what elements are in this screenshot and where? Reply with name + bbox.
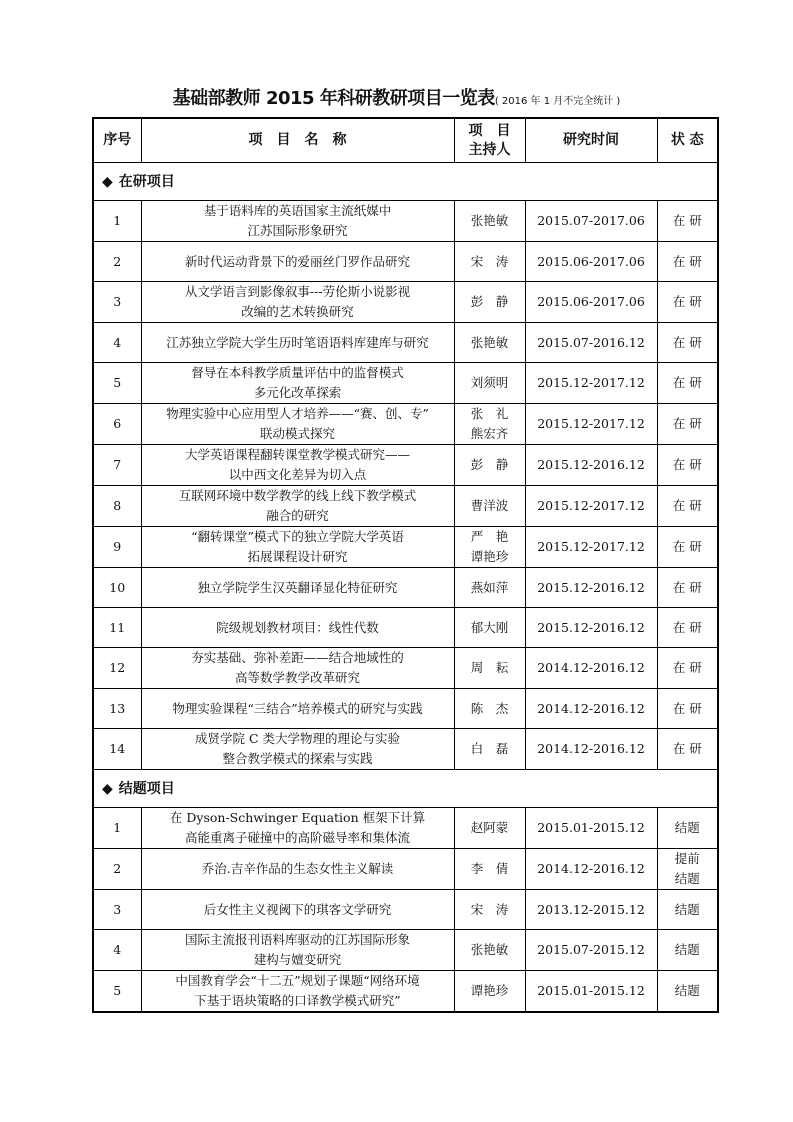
cell-project-name: 在 Dyson-Schwinger Equation 框架下计算 高能重离子碰撞… — [141, 808, 454, 849]
cell-status: 在 研 — [657, 729, 718, 770]
cell-host: 宋 涛 — [454, 242, 525, 282]
table-row: 1在 Dyson-Schwinger Equation 框架下计算 高能重离子碰… — [93, 808, 718, 849]
section-label: 结题项目 — [119, 781, 175, 797]
cell-period: 2015.12-2017.12 — [525, 363, 657, 404]
cell-index: 11 — [93, 608, 141, 648]
cell-period: 2015.12-2016.12 — [525, 445, 657, 486]
table-row: 2新时代运动背景下的爱丽丝门罗作品研究宋 涛2015.06-2017.06在 研 — [93, 242, 718, 282]
cell-period: 2015.12-2017.12 — [525, 527, 657, 568]
table-row: 1基于语料库的英语国家主流纸媒中 江苏国际形象研究张艳敏2015.07-2017… — [93, 201, 718, 242]
cell-host: 燕如萍 — [454, 568, 525, 608]
cell-index: 14 — [93, 729, 141, 770]
cell-project-name: 夯实基础、弥补差距——结合地域性的 高等数学教学改革研究 — [141, 648, 454, 689]
cell-host: 曹洋波 — [454, 486, 525, 527]
title-subtitle: ( 2016 年 1 月不完全统计 ) — [495, 96, 621, 107]
cell-project-name: 从文学语言到影像叙事---劳伦斯小说影视 改编的艺术转换研究 — [141, 282, 454, 323]
cell-host: 严 艳 谭艳珍 — [454, 527, 525, 568]
cell-index: 5 — [93, 971, 141, 1013]
header-name: 项 目 名 称 — [141, 118, 454, 163]
cell-index: 4 — [93, 323, 141, 363]
cell-project-name: 国际主流报刊语料库驱动的江苏国际形象 建构与嬗变研究 — [141, 930, 454, 971]
table-row: 8互联网环境中数学教学的线上线下教学模式 融合的研究曹洋波2015.12-201… — [93, 486, 718, 527]
cell-index: 13 — [93, 689, 141, 729]
cell-project-name: 基于语料库的英语国家主流纸媒中 江苏国际形象研究 — [141, 201, 454, 242]
cell-project-name: 独立学院学生汉英翻译显化特征研究 — [141, 568, 454, 608]
cell-period: 2015.01-2015.12 — [525, 971, 657, 1013]
table-row: 9“翻转课堂”模式下的独立学院大学英语 拓展课程设计研究严 艳 谭艳珍2015.… — [93, 527, 718, 568]
cell-index: 12 — [93, 648, 141, 689]
cell-status: 在 研 — [657, 201, 718, 242]
cell-host: 张艳敏 — [454, 201, 525, 242]
cell-project-name: 互联网环境中数学教学的线上线下教学模式 融合的研究 — [141, 486, 454, 527]
table-row: 5中国教育学会“十二五”规划子课题“网络环境 下基于语块策略的口译教学模式研究”… — [93, 971, 718, 1013]
cell-host: 刘须明 — [454, 363, 525, 404]
cell-period: 2015.01-2015.12 — [525, 808, 657, 849]
cell-host: 周 耘 — [454, 648, 525, 689]
cell-host: 彭 静 — [454, 282, 525, 323]
cell-period: 2015.12-2016.12 — [525, 568, 657, 608]
cell-status: 在 研 — [657, 608, 718, 648]
cell-index: 1 — [93, 808, 141, 849]
cell-index: 6 — [93, 404, 141, 445]
cell-index: 2 — [93, 849, 141, 890]
cell-period: 2015.12-2016.12 — [525, 608, 657, 648]
header-host: 项 目 主持人 — [454, 118, 525, 163]
cell-host: 白 磊 — [454, 729, 525, 770]
table-row: 3后女性主义视阈下的琪客文学研究宋 涛2013.12-2015.12结题 — [93, 890, 718, 930]
cell-period: 2014.12-2016.12 — [525, 849, 657, 890]
section-row: ◆在研项目 — [93, 163, 718, 201]
section-header: ◆在研项目 — [93, 163, 718, 201]
diamond-bullet-icon: ◆ — [102, 174, 113, 190]
cell-project-name: 成贤学院 C 类大学物理的理论与实验 整合教学模式的探索与实践 — [141, 729, 454, 770]
cell-project-name: 物理实验课程“三结合”培养模式的研究与实践 — [141, 689, 454, 729]
cell-status: 在 研 — [657, 568, 718, 608]
table-row: 2乔治.吉辛作品的生态女性主义解读李 倩2014.12-2016.12提前 结题 — [93, 849, 718, 890]
cell-status: 在 研 — [657, 282, 718, 323]
table-row: 13物理实验课程“三结合”培养模式的研究与实践陈 杰2014.12-2016.1… — [93, 689, 718, 729]
cell-status: 结题 — [657, 890, 718, 930]
cell-host: 陈 杰 — [454, 689, 525, 729]
table-row: 10独立学院学生汉英翻译显化特征研究燕如萍2015.12-2016.12在 研 — [93, 568, 718, 608]
cell-index: 8 — [93, 486, 141, 527]
cell-project-name: 督导在本科教学质量评估中的监督模式 多元化改革探索 — [141, 363, 454, 404]
cell-period: 2014.12-2016.12 — [525, 729, 657, 770]
cell-status: 提前 结题 — [657, 849, 718, 890]
cell-period: 2014.12-2016.12 — [525, 648, 657, 689]
cell-index: 2 — [93, 242, 141, 282]
cell-index: 10 — [93, 568, 141, 608]
cell-host: 张 礼 熊宏齐 — [454, 404, 525, 445]
cell-host: 张艳敏 — [454, 323, 525, 363]
cell-period: 2015.07-2017.06 — [525, 201, 657, 242]
cell-project-name: 物理实验中心应用型人才培养——“赛、创、专” 联动模式探究 — [141, 404, 454, 445]
cell-status: 在 研 — [657, 404, 718, 445]
cell-status: 结题 — [657, 971, 718, 1013]
cell-host: 宋 涛 — [454, 890, 525, 930]
cell-index: 7 — [93, 445, 141, 486]
cell-index: 1 — [93, 201, 141, 242]
cell-period: 2015.06-2017.06 — [525, 282, 657, 323]
section-row: ◆结题项目 — [93, 770, 718, 808]
cell-period: 2015.12-2017.12 — [525, 404, 657, 445]
table-row: 6物理实验中心应用型人才培养——“赛、创、专” 联动模式探究张 礼 熊宏齐201… — [93, 404, 718, 445]
cell-host: 郁大刚 — [454, 608, 525, 648]
table-row: 11院级规划教材项目：线性代数郁大刚2015.12-2016.12在 研 — [93, 608, 718, 648]
cell-period: 2015.06-2017.06 — [525, 242, 657, 282]
cell-status: 在 研 — [657, 527, 718, 568]
section-header: ◆结题项目 — [93, 770, 718, 808]
cell-project-name: 院级规划教材项目：线性代数 — [141, 608, 454, 648]
cell-status: 结题 — [657, 930, 718, 971]
cell-host: 彭 静 — [454, 445, 525, 486]
cell-status: 在 研 — [657, 323, 718, 363]
section-label: 在研项目 — [119, 174, 175, 190]
cell-index: 3 — [93, 890, 141, 930]
header-index: 序号 — [93, 118, 141, 163]
cell-project-name: 后女性主义视阈下的琪客文学研究 — [141, 890, 454, 930]
cell-host: 张艳敏 — [454, 930, 525, 971]
cell-status: 在 研 — [657, 486, 718, 527]
cell-project-name: 江苏独立学院大学生历时笔语语料库建库与研究 — [141, 323, 454, 363]
cell-period: 2015.07-2015.12 — [525, 930, 657, 971]
cell-period: 2015.07-2016.12 — [525, 323, 657, 363]
header-status: 状 态 — [657, 118, 718, 163]
table-row: 4国际主流报刊语料库驱动的江苏国际形象 建构与嬗变研究张艳敏2015.07-20… — [93, 930, 718, 971]
cell-period: 2013.12-2015.12 — [525, 890, 657, 930]
cell-period: 2015.12-2017.12 — [525, 486, 657, 527]
projects-table: 序号 项 目 名 称 项 目 主持人 研究时间 状 态 ◆在研项目1基于语料库的… — [92, 117, 719, 1013]
table-row: 4江苏独立学院大学生历时笔语语料库建库与研究张艳敏2015.07-2016.12… — [93, 323, 718, 363]
cell-status: 在 研 — [657, 689, 718, 729]
table-row: 14成贤学院 C 类大学物理的理论与实验 整合教学模式的探索与实践白 磊2014… — [93, 729, 718, 770]
cell-status: 在 研 — [657, 242, 718, 282]
table-row: 3从文学语言到影像叙事---劳伦斯小说影视 改编的艺术转换研究彭 静2015.0… — [93, 282, 718, 323]
cell-index: 3 — [93, 282, 141, 323]
cell-index: 4 — [93, 930, 141, 971]
table-row: 12夯实基础、弥补差距——结合地域性的 高等数学教学改革研究周 耘2014.12… — [93, 648, 718, 689]
table-header-row: 序号 项 目 名 称 项 目 主持人 研究时间 状 态 — [93, 118, 718, 163]
cell-status: 在 研 — [657, 445, 718, 486]
cell-project-name: 新时代运动背景下的爱丽丝门罗作品研究 — [141, 242, 454, 282]
cell-status: 在 研 — [657, 363, 718, 404]
title-text: 基础部教师 2015 年科研教研项目一览表 — [173, 88, 495, 109]
header-period: 研究时间 — [525, 118, 657, 163]
cell-project-name: 中国教育学会“十二五”规划子课题“网络环境 下基于语块策略的口译教学模式研究” — [141, 971, 454, 1013]
cell-host: 李 倩 — [454, 849, 525, 890]
cell-project-name: “翻转课堂”模式下的独立学院大学英语 拓展课程设计研究 — [141, 527, 454, 568]
cell-index: 5 — [93, 363, 141, 404]
cell-status: 在 研 — [657, 648, 718, 689]
document-title: 基础部教师 2015 年科研教研项目一览表( 2016 年 1 月不完全统计 ) — [0, 84, 793, 110]
table-row: 7大学英语课程翻转课堂教学模式研究—— 以中西文化差异为切入点彭 静2015.1… — [93, 445, 718, 486]
cell-project-name: 大学英语课程翻转课堂教学模式研究—— 以中西文化差异为切入点 — [141, 445, 454, 486]
cell-status: 结题 — [657, 808, 718, 849]
table-row: 5督导在本科教学质量评估中的监督模式 多元化改革探索刘须明2015.12-201… — [93, 363, 718, 404]
cell-period: 2014.12-2016.12 — [525, 689, 657, 729]
cell-host: 赵阿蒙 — [454, 808, 525, 849]
cell-host: 谭艳珍 — [454, 971, 525, 1013]
cell-index: 9 — [93, 527, 141, 568]
cell-project-name: 乔治.吉辛作品的生态女性主义解读 — [141, 849, 454, 890]
diamond-bullet-icon: ◆ — [102, 781, 113, 797]
